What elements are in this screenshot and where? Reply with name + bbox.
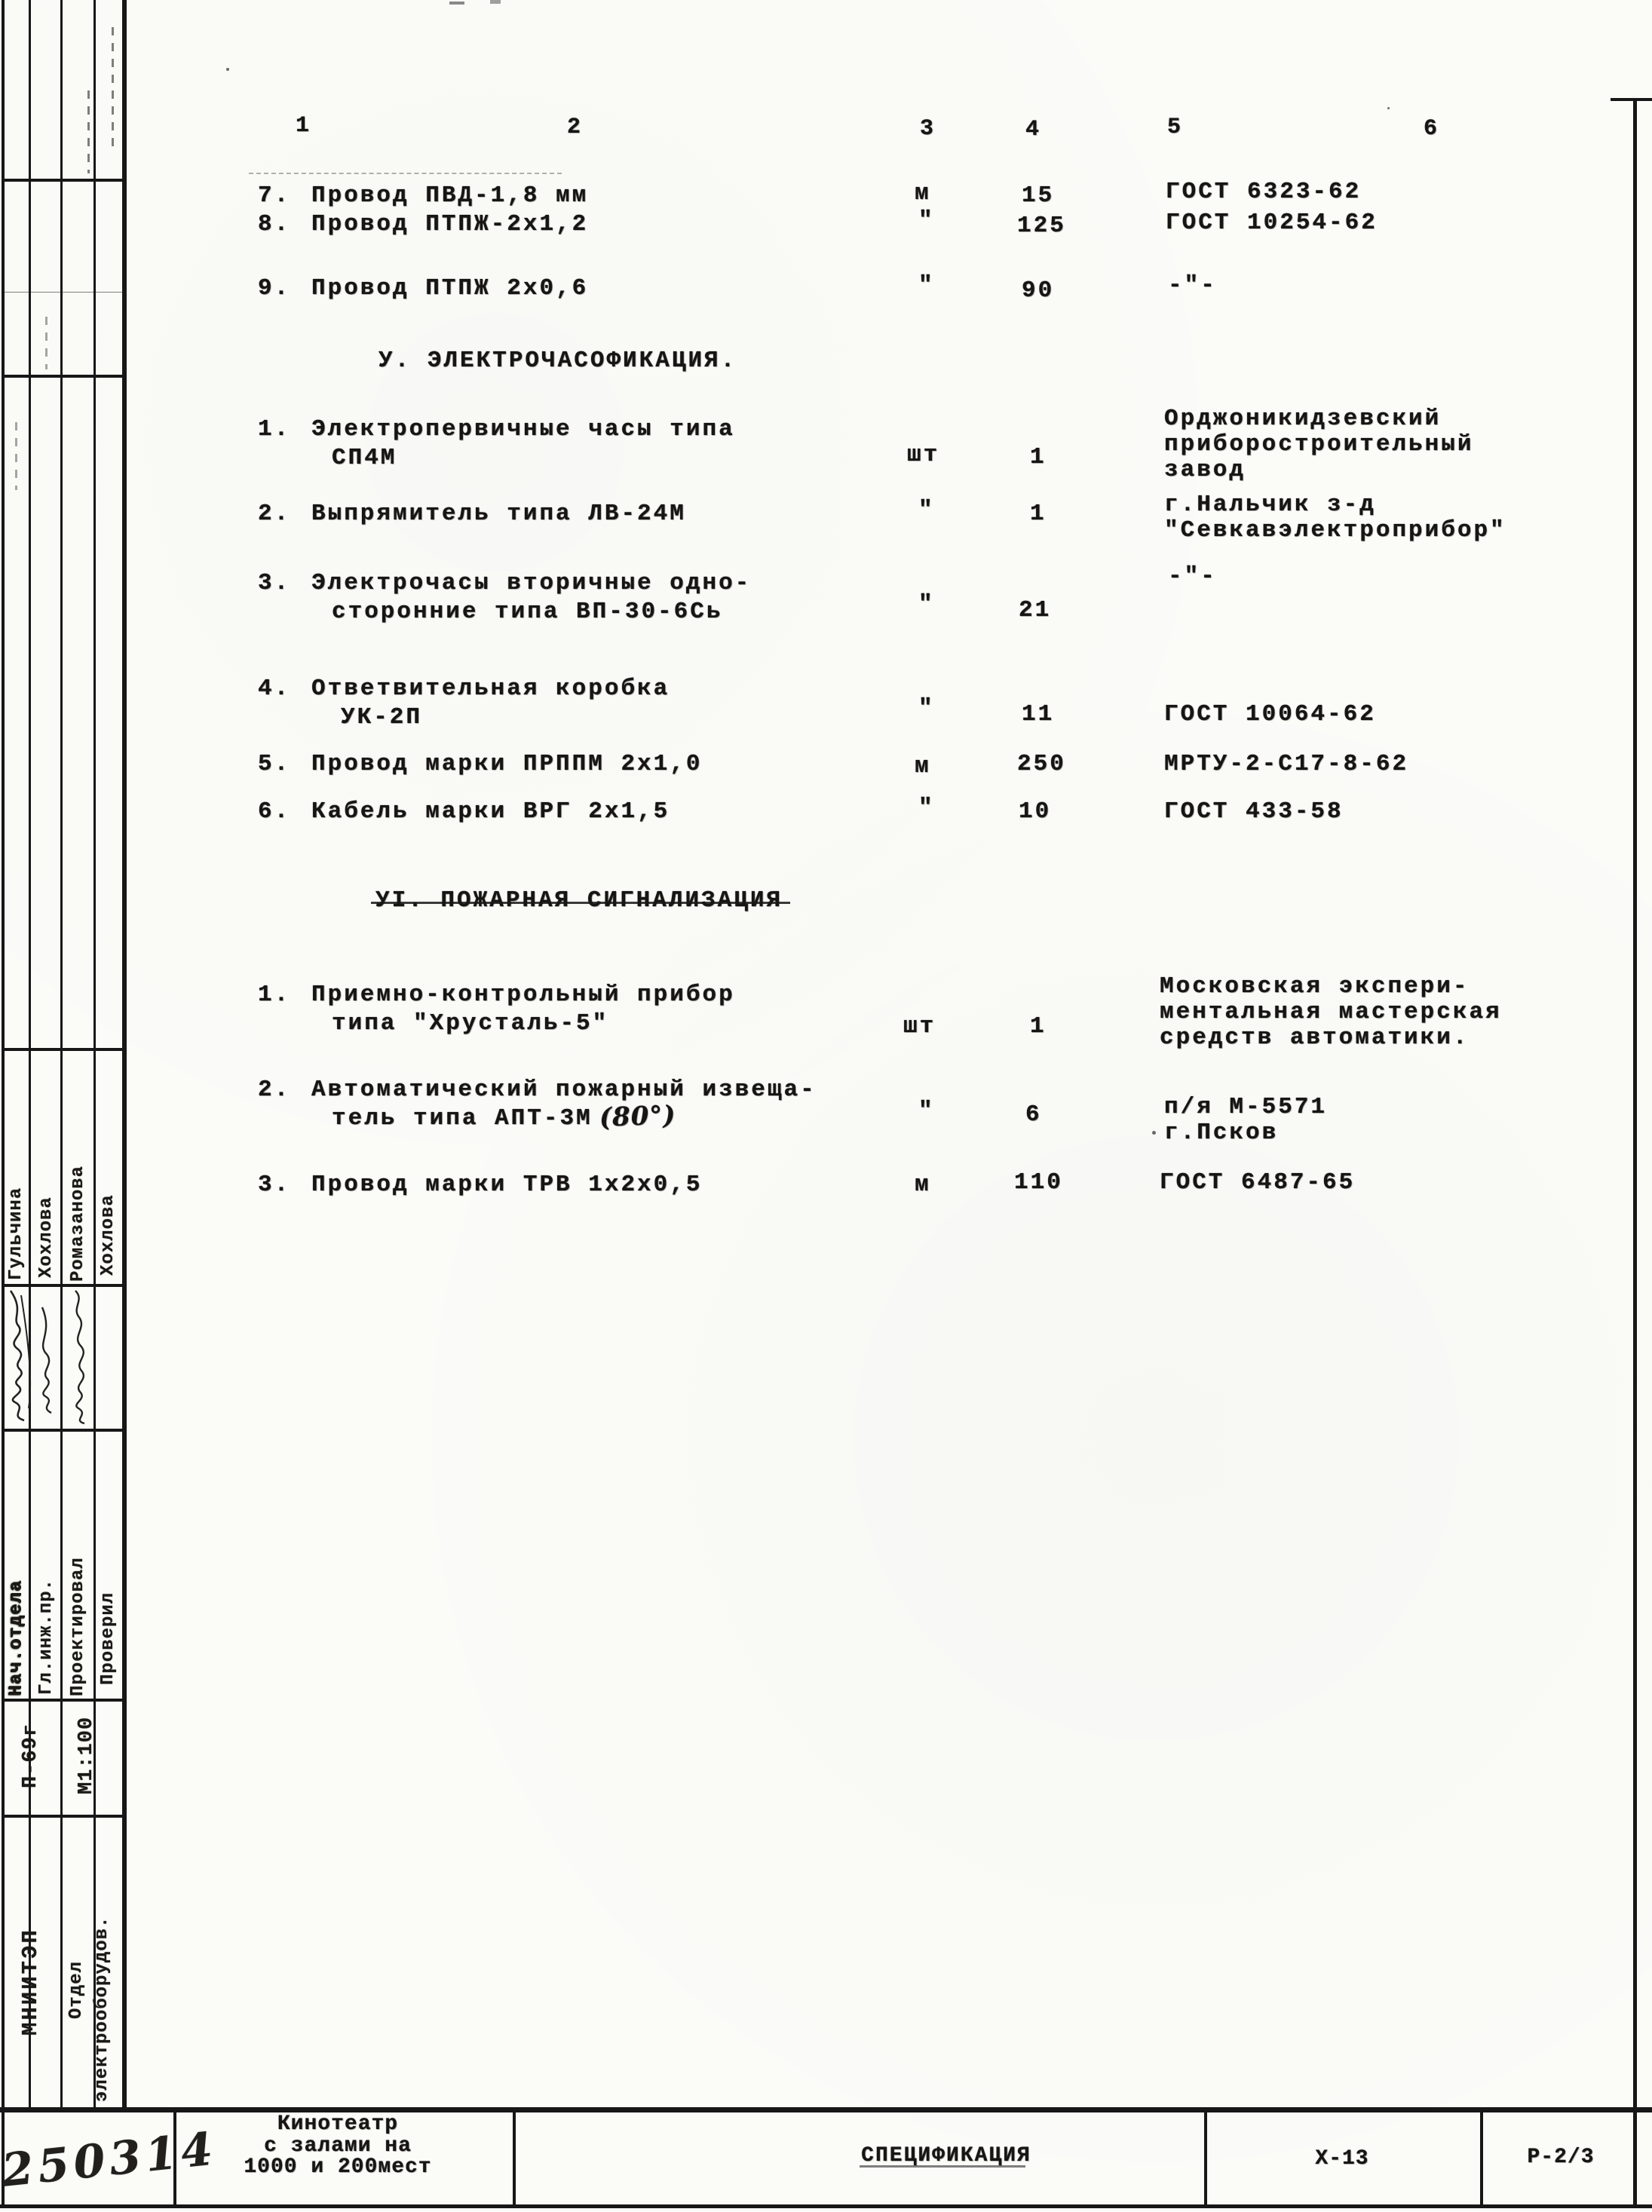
item-number: 1.	[258, 415, 290, 444]
item-name: УК-2П	[341, 703, 422, 732]
item-note: ГОСТ 6323-62	[1166, 178, 1361, 207]
item-name: сторонние типа ВП-30-6Сь	[332, 598, 722, 627]
sidebar-name: Ромазанова	[68, 1166, 88, 1282]
column-header-5: 5	[1167, 113, 1183, 142]
item-name: Электропервичные часы типа	[311, 415, 735, 444]
frame-line	[2, 179, 125, 182]
item-note: -"-	[1168, 271, 1217, 300]
item-handwritten-annotation: (80°)	[599, 1101, 676, 1132]
frame-line	[2, 1284, 125, 1287]
noise-mark	[1387, 107, 1390, 109]
sidebar-name: Гульчина	[6, 1187, 26, 1280]
item-name: Ответвительная коробка	[311, 675, 670, 703]
item-name: Провод ПВД-1,8 мм	[311, 182, 588, 210]
item-qty: 21	[1019, 596, 1051, 625]
item-qty: 6	[1025, 1101, 1042, 1129]
item-qty: 10	[1019, 798, 1051, 826]
frame-line	[1480, 2107, 1483, 2208]
section-title-vi: УІ. ПОЖАРНАЯ СИГНАЛИЗАЦИЯ	[375, 887, 783, 915]
frame-line	[2, 375, 125, 378]
item-name: Провод марки ПРППМ 2х1,0	[311, 750, 702, 779]
item-qty: 250	[1017, 750, 1066, 779]
noise-mark	[1152, 1131, 1156, 1135]
project-title-line: Кинотеатр	[176, 2112, 500, 2137]
item-name: тель типа АПТ-3М	[332, 1104, 593, 1133]
frame-line	[0, 2204, 1652, 2208]
item-name: Провод марки ТРВ 1х2х0,5	[311, 1171, 702, 1199]
noise-mark	[449, 2, 464, 5]
signature-scribble	[5, 1288, 32, 1423]
noise-mark	[45, 317, 48, 369]
item-note: средств автоматики.	[1160, 1024, 1469, 1052]
column-header-4: 4	[1025, 115, 1041, 144]
sidebar-department: Отдел	[66, 1961, 87, 2019]
item-number: 9.	[258, 274, 290, 303]
frame-line	[60, 0, 63, 2109]
item-qty: 1	[1030, 443, 1047, 472]
item-number: 6.	[258, 798, 290, 826]
item-qty: 1	[1030, 500, 1047, 528]
item-name: Провод ПТПЖ 2х0,6	[311, 274, 588, 303]
item-qty: 110	[1014, 1169, 1063, 1197]
item-number: 3.	[258, 569, 290, 598]
item-qty: 125	[1017, 212, 1066, 241]
project-title-line: 1000 и 200мест	[176, 2155, 500, 2180]
frame-line	[1611, 98, 1652, 101]
item-note: ГОСТ 10254-62	[1166, 209, 1378, 237]
item-note: ГОСТ 433-58	[1164, 798, 1344, 826]
item-note: приборостроительный	[1164, 430, 1473, 459]
frame-line	[2, 0, 5, 2207]
item-unit: "	[918, 1097, 935, 1126]
item-unit: "	[918, 207, 935, 235]
item-note: -"-	[1168, 562, 1217, 591]
frame-line	[2, 1048, 125, 1051]
sidebar-organization: МНИИТЭП	[18, 1928, 43, 2036]
section-title-strike-line	[371, 902, 790, 904]
signature-scribble	[68, 1287, 90, 1426]
sheet-code: Х-13	[1282, 2147, 1402, 2171]
item-qty: 15	[1022, 182, 1054, 210]
frame-line	[2, 292, 125, 293]
sidebar-name: Хохлова	[98, 1194, 118, 1276]
item-unit: м	[915, 179, 931, 208]
item-qty: 90	[1022, 277, 1054, 305]
sidebar-name: Хохлова	[36, 1196, 57, 1278]
item-unit: шт	[907, 441, 939, 470]
column-header-1: 1	[296, 112, 311, 140]
item-number: 7.	[258, 182, 290, 210]
frame-line	[0, 2107, 1652, 2112]
item-note: Орджоникидзевский	[1164, 405, 1441, 434]
section-title-v: У. ЭЛЕКТРОЧАСОФИКАЦИЯ.	[379, 347, 737, 375]
item-note: ментальная мастерская	[1160, 998, 1502, 1027]
scanned-specification-sheet: 1 2 3 4 5 6 7. Провод ПВД-1,8 мм м 15 ГО…	[0, 0, 1652, 2212]
frame-line	[122, 0, 127, 2109]
frame-line	[2, 1699, 125, 1702]
item-unit: "	[918, 271, 935, 300]
frame-line	[2, 1815, 125, 1818]
item-unit: м	[915, 752, 931, 781]
item-number: 3.	[258, 1171, 290, 1199]
item-note: "Севкавэлектроприбор"	[1164, 516, 1506, 545]
item-note: Московская экспери-	[1160, 973, 1469, 1001]
sheet-number: Р-2/3	[1500, 2146, 1621, 2170]
item-unit: м	[915, 1171, 931, 1199]
frame-line	[513, 2107, 516, 2208]
item-unit: "	[918, 694, 935, 723]
sidebar-role: Проверил	[98, 1592, 118, 1685]
item-name: Кабель марки ВРГ 2х1,5	[311, 798, 670, 826]
item-note: п/я М-5571	[1164, 1093, 1327, 1122]
noise-mark	[490, 0, 501, 4]
item-unit: "	[918, 794, 935, 823]
item-name: СП4М	[332, 444, 397, 473]
column-header-2: 2	[567, 113, 583, 142]
sidebar-scale: М1:100	[75, 1717, 98, 1794]
column-header-6: 6	[1424, 115, 1439, 143]
item-number: 5.	[258, 750, 290, 779]
sidebar-department: электрооборудов.	[92, 1916, 112, 2102]
item-qty: 11	[1022, 700, 1054, 729]
item-note: ГОСТ 10064-62	[1164, 700, 1376, 729]
item-qty: 1	[1030, 1013, 1047, 1041]
signature-scribble	[36, 1303, 59, 1416]
item-number: 2.	[258, 1076, 290, 1104]
item-name: Провод ПТПЖ-2х1,2	[311, 210, 588, 239]
item-number: 4.	[258, 675, 290, 703]
item-unit: "	[918, 496, 935, 525]
item-name: Автоматический пожарный извеща-	[311, 1076, 817, 1104]
item-number: 8.	[258, 210, 290, 239]
frame-line	[29, 0, 31, 2109]
frame-line	[1204, 2107, 1207, 2208]
item-name: Приемно-контрольный прибор	[311, 981, 735, 1009]
item-unit: "	[918, 590, 935, 619]
item-note: завод	[1164, 456, 1246, 485]
item-note: г.Нальчик з-д	[1164, 491, 1376, 519]
frame-line	[1633, 98, 1637, 2208]
frame-line	[2, 1429, 125, 1432]
noise-mark	[112, 27, 114, 148]
sidebar-role: Нач.отдела	[6, 1580, 26, 1696]
item-name: типа "Хрусталь-5"	[332, 1009, 608, 1038]
item-name: Электрочасы вторичные одно-	[311, 569, 751, 598]
header-underline-dashed	[249, 173, 562, 174]
sidebar-doc-code: П-69г	[20, 1723, 42, 1788]
item-note: г.Псков	[1164, 1119, 1278, 1147]
noise-mark	[87, 90, 90, 173]
item-number: 2.	[258, 500, 290, 528]
column-header-3: 3	[920, 115, 936, 143]
noise-mark	[226, 68, 229, 71]
item-unit: шт	[903, 1013, 936, 1041]
sidebar-role: Гл.инж.пр.	[36, 1579, 57, 1695]
item-note: МРТУ-2-С17-8-62	[1164, 750, 1408, 779]
document-title-smear-line	[860, 2165, 1025, 2168]
sidebar-role: Проектировал	[68, 1557, 88, 1696]
item-name: Выпрямитель типа ЛВ-24М	[311, 500, 686, 528]
item-number: 1.	[258, 981, 290, 1009]
item-note: ГОСТ 6487-65	[1160, 1169, 1355, 1197]
noise-mark	[15, 422, 17, 490]
